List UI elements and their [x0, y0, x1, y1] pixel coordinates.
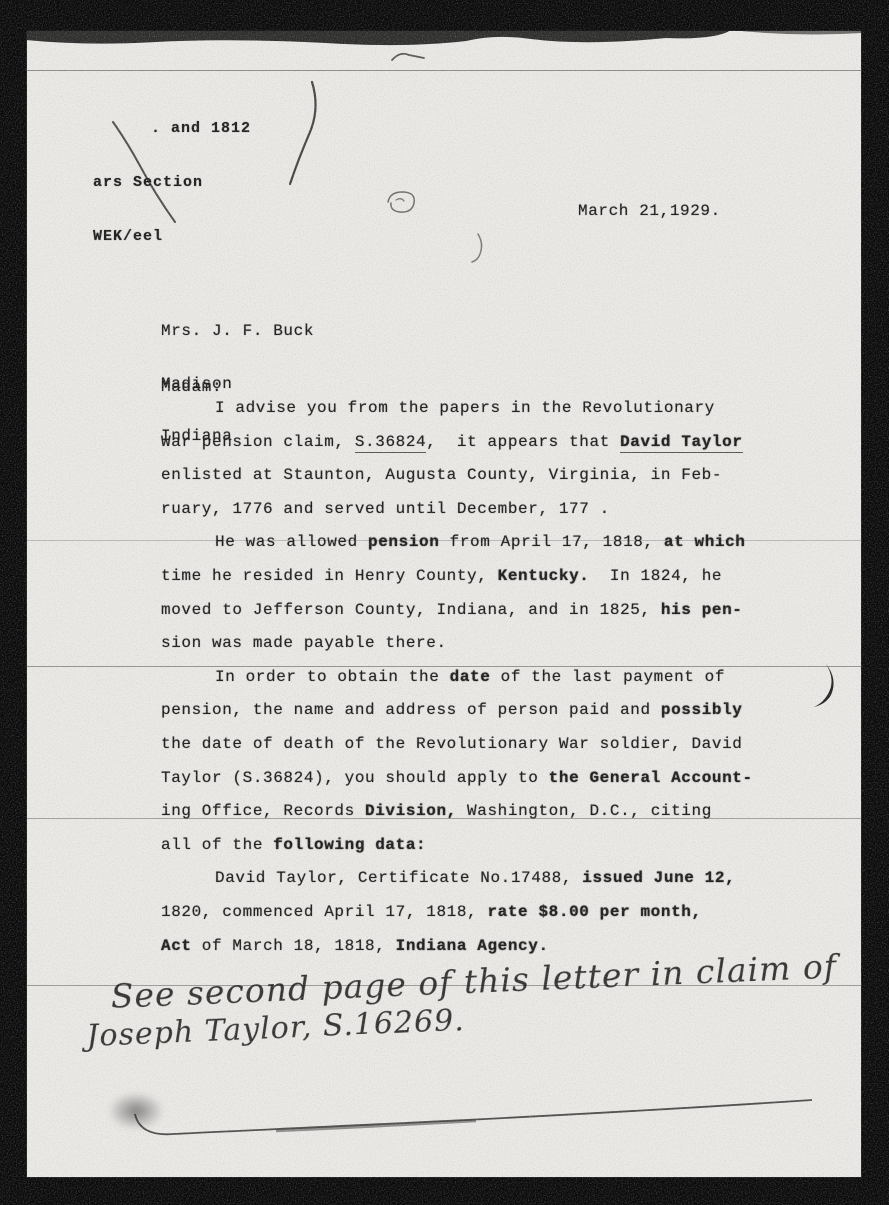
letter-text-segment: the date of death of the Revolutionary W…: [161, 735, 743, 753]
ink-smudge: [108, 1092, 164, 1130]
letter-line: time he resided in Henry County, Kentuck…: [161, 567, 821, 601]
letter-text-segment: Taylor (S.36824), you should apply to: [161, 769, 549, 787]
letter-line: 1820, commenced April 17, 1818, rate $8.…: [161, 903, 821, 937]
letter-line: all of the following data:: [161, 836, 821, 870]
letter-line: ing Office, Records Division, Washington…: [161, 802, 821, 836]
letter-line: sion was made payable there.: [161, 634, 821, 668]
letter-text-segment: ing Office, Records: [161, 802, 365, 820]
letter-line: David Taylor, Certificate No.17488, issu…: [161, 869, 821, 903]
letter-line: enlisted at Staunton, Augusta County, Vi…: [161, 466, 821, 500]
letter-text-segment: sion was made payable there.: [161, 634, 447, 652]
scanned-letter: . and 1812 ars Section WEK/eel March 21,…: [0, 0, 889, 1205]
letter-line: I advise you from the papers in the Revo…: [161, 399, 821, 433]
stamp-line: ars Section: [93, 174, 251, 192]
letter-text-segment: pension, the name and address of person …: [161, 701, 661, 719]
letter-text-segment: Act: [161, 937, 192, 955]
letter-line: moved to Jefferson County, Indiana, and …: [161, 601, 821, 635]
letter-line: Taylor (S.36824), you should apply to th…: [161, 769, 821, 803]
letter-text-segment: time he resided in Henry County,: [161, 567, 498, 585]
letter-text-segment: his pen-: [661, 601, 743, 619]
letter-text-segment: S.36824: [355, 433, 426, 453]
stamp-line: . and 1812: [93, 120, 251, 138]
letter-text-segment: David Taylor, Certificate No.17488,: [215, 869, 582, 887]
letter-text-segment: of the last payment of: [490, 668, 725, 686]
scan-line: [26, 70, 862, 71]
letter-text-segment: He was allowed: [215, 533, 368, 551]
recipient-name: Mrs. J. F. Buck: [161, 323, 314, 341]
letter-text-segment: possibly: [661, 701, 743, 719]
letter-text-segment: rate $8.00 per month,: [487, 903, 701, 921]
letter-text-segment: enlisted at Staunton, Augusta County, Vi…: [161, 466, 722, 484]
stamp-block: . and 1812 ars Section WEK/eel: [93, 84, 251, 282]
letter-text-segment: Washington, D.C., citing: [457, 802, 712, 820]
salutation: Madam:: [161, 378, 222, 396]
letter-text-segment: all of the: [161, 836, 273, 854]
letter-text-segment: I advise you from the papers in the Revo…: [215, 399, 715, 417]
torn-edge: [731, 30, 862, 34]
letter-text-segment: moved to Jefferson County, Indiana, and …: [161, 601, 661, 619]
letter-text-segment: from April 17, 1818,: [439, 533, 663, 551]
letter-line: ruary, 1776 and served until December, 1…: [161, 500, 821, 534]
letter-text-segment: Indiana Agency.: [396, 937, 549, 955]
letter-text-segment: issued June 12,: [582, 869, 735, 887]
letter-text-segment: following data:: [273, 836, 426, 854]
letter-text-segment: War pension claim,: [161, 433, 355, 451]
letter-text-segment: date: [450, 668, 491, 686]
stamp-line: WEK/eel: [93, 228, 251, 246]
letter-text-segment: Kentucky.: [498, 567, 590, 585]
letter-body: I advise you from the papers in the Revo…: [161, 399, 821, 970]
letter-text-segment: Division,: [365, 802, 457, 820]
letter-line: pension, the name and address of person …: [161, 701, 821, 735]
letter-text-segment: 1820, commenced April 17, 1818,: [161, 903, 487, 921]
letter-text-segment: In order to obtain the: [215, 668, 450, 686]
document-page: . and 1812 ars Section WEK/eel March 21,…: [26, 30, 862, 1178]
letter-line: He was allowed pension from April 17, 18…: [161, 533, 821, 567]
letter-text-segment: ruary, 1776 and served until December, 1…: [161, 500, 610, 518]
letter-line: In order to obtain the date of the last …: [161, 668, 821, 702]
letter-date: March 21,1929.: [578, 202, 721, 220]
letter-text-segment: , it appears that: [426, 433, 620, 451]
crease-line: [135, 1100, 812, 1134]
letter-text-segment: David Taylor: [620, 433, 742, 453]
letter-text-segment: the General Account-: [549, 769, 753, 787]
letter-text-segment: of March 18, 1818,: [192, 937, 396, 955]
letter-text-segment: at which: [664, 533, 746, 551]
letter-line: War pension claim, S.36824, it appears t…: [161, 433, 821, 467]
letter-text-segment: In 1824, he: [589, 567, 722, 585]
letter-text-segment: pension: [368, 533, 439, 551]
letter-line: the date of death of the Revolutionary W…: [161, 735, 821, 769]
crease-line: [276, 1121, 476, 1131]
torn-edge: [26, 30, 731, 45]
